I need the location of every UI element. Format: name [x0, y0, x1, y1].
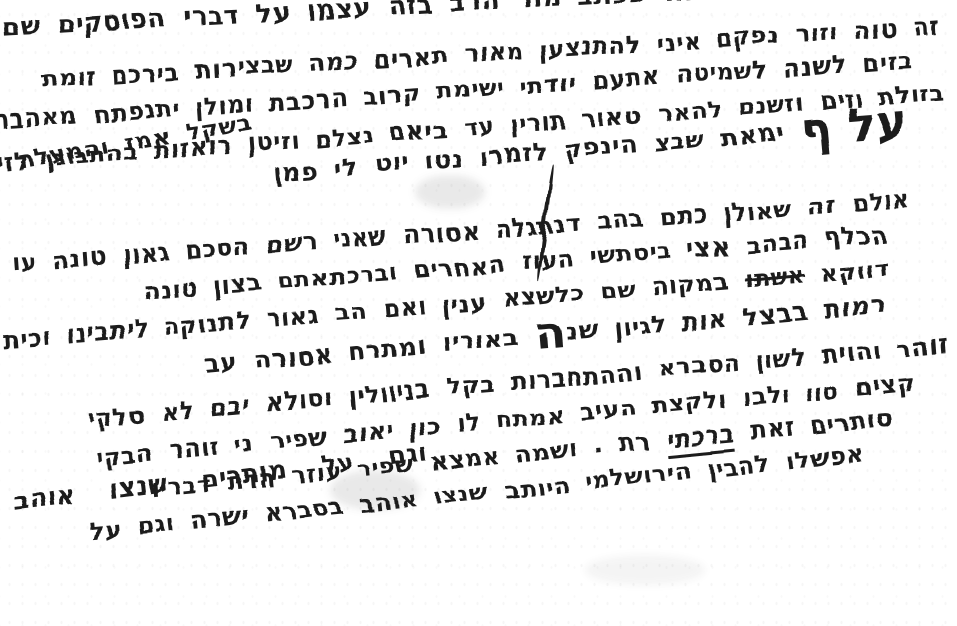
line-8-text: דווקא [805, 254, 891, 289]
flourish-loop-word: על [845, 94, 908, 153]
flourish-spiral-word: ף [798, 100, 833, 156]
struck-through-word: אשתו [743, 261, 807, 294]
underlined-flourish-word: ברכתי [665, 419, 736, 453]
flourish-oval-letter: ה [532, 304, 568, 361]
manuscript-page: וזה שכתב מור הרב בזה עצמו על דברי הפוסקי… [0, 0, 957, 626]
